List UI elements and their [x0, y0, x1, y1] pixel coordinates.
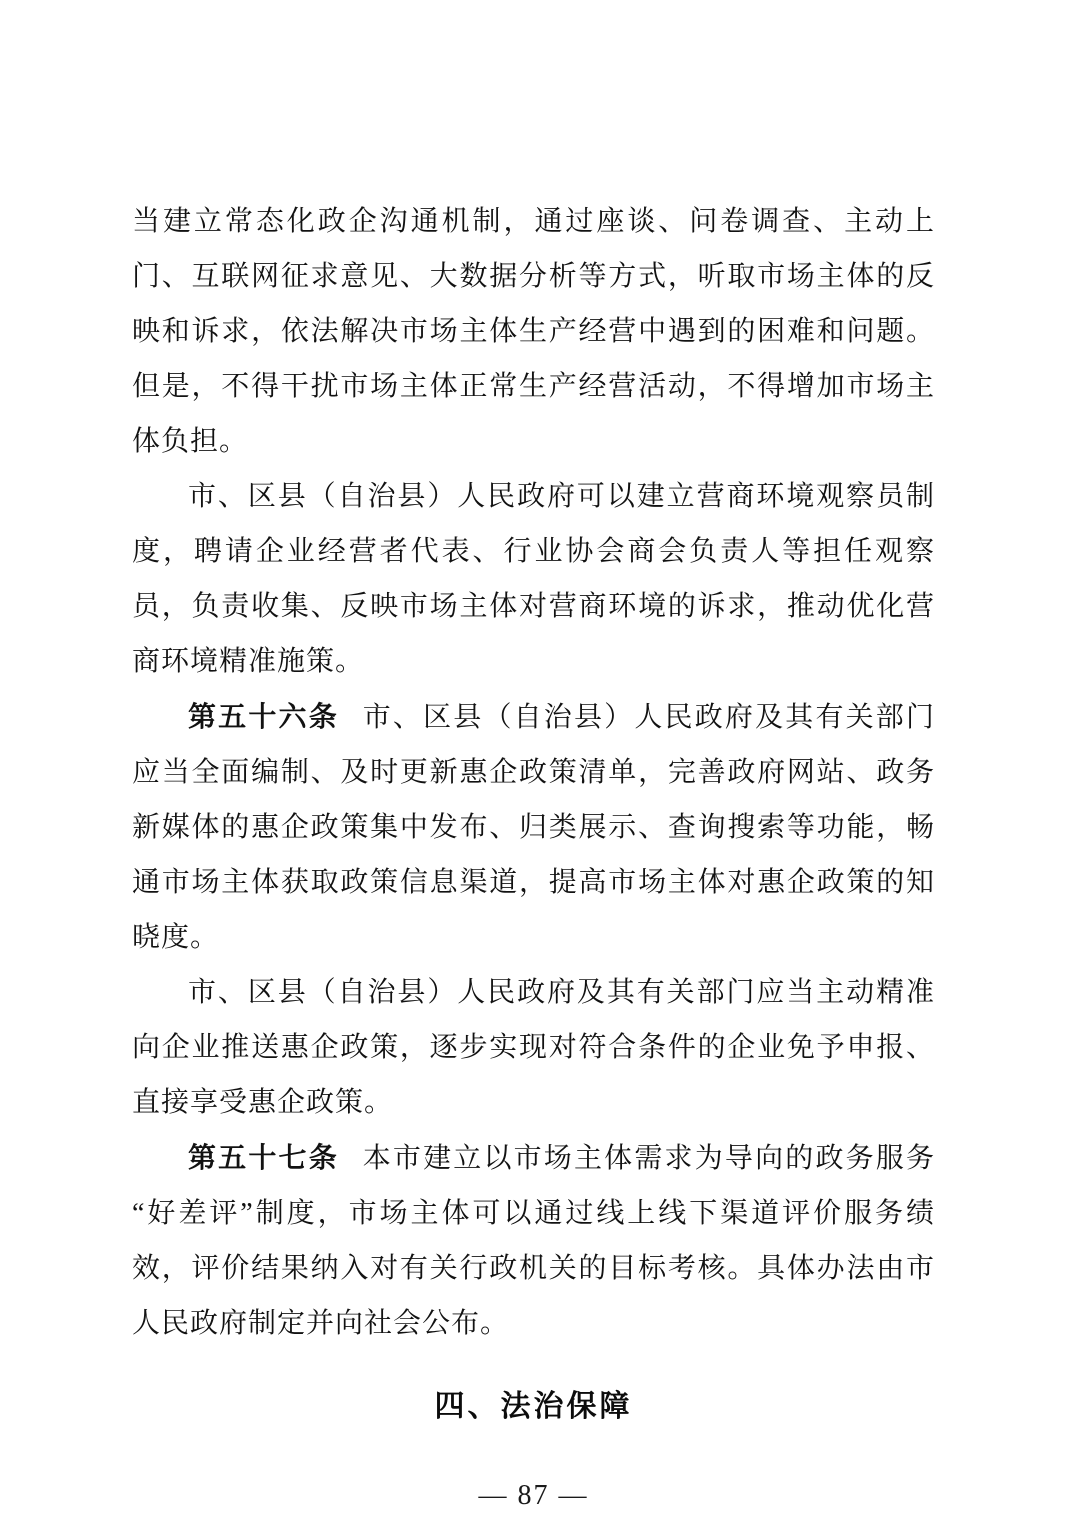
- document-page: 当建立常态化政企沟通机制，通过座谈、问卷调查、主动上门、互联网征求意见、大数据分…: [0, 0, 1074, 1520]
- paragraph-text: 市、区县（自治县）人民政府及其有关部门应当主动精准向企业推送惠企政策，逐步实现对…: [132, 977, 935, 1118]
- paragraph-article-57: 第五十七条本市建立以市场主体需求为导向的政务服务“好差评”制度，市场主体可以通过…: [132, 1130, 935, 1351]
- paragraph-text: 当建立常态化政企沟通机制，通过座谈、问卷调查、主动上门、互联网征求意见、大数据分…: [132, 206, 935, 457]
- paragraph-text: 市、区县（自治县）人民政府及其有关部门应当全面编制、及时更新惠企政策清单，完善政…: [132, 702, 935, 953]
- paragraph-policy-push: 市、区县（自治县）人民政府及其有关部门应当主动精准向企业推送惠企政策，逐步实现对…: [132, 965, 935, 1130]
- paragraph-text: 市、区县（自治县）人民政府可以建立营商环境观察员制度，聘请企业经营者代表、行业协…: [132, 481, 935, 677]
- page-number-text: — 87 —: [479, 1480, 589, 1511]
- section-heading: 四、法治保障: [132, 1379, 935, 1434]
- paragraph-article-56: 第五十六条市、区县（自治县）人民政府及其有关部门应当全面编制、及时更新惠企政策清…: [132, 689, 935, 965]
- article-56-label: 第五十六条: [188, 701, 339, 732]
- page-number: — 87 —: [132, 1480, 935, 1512]
- paragraph-continuation: 当建立常态化政企沟通机制，通过座谈、问卷调查、主动上门、互联网征求意见、大数据分…: [132, 194, 935, 469]
- document-body: 当建立常态化政企沟通机制，通过座谈、问卷调查、主动上门、互联网征求意见、大数据分…: [132, 194, 935, 1512]
- article-57-label: 第五十七条: [188, 1142, 339, 1173]
- paragraph-observer-system: 市、区县（自治县）人民政府可以建立营商环境观察员制度，聘请企业经营者代表、行业协…: [132, 469, 935, 689]
